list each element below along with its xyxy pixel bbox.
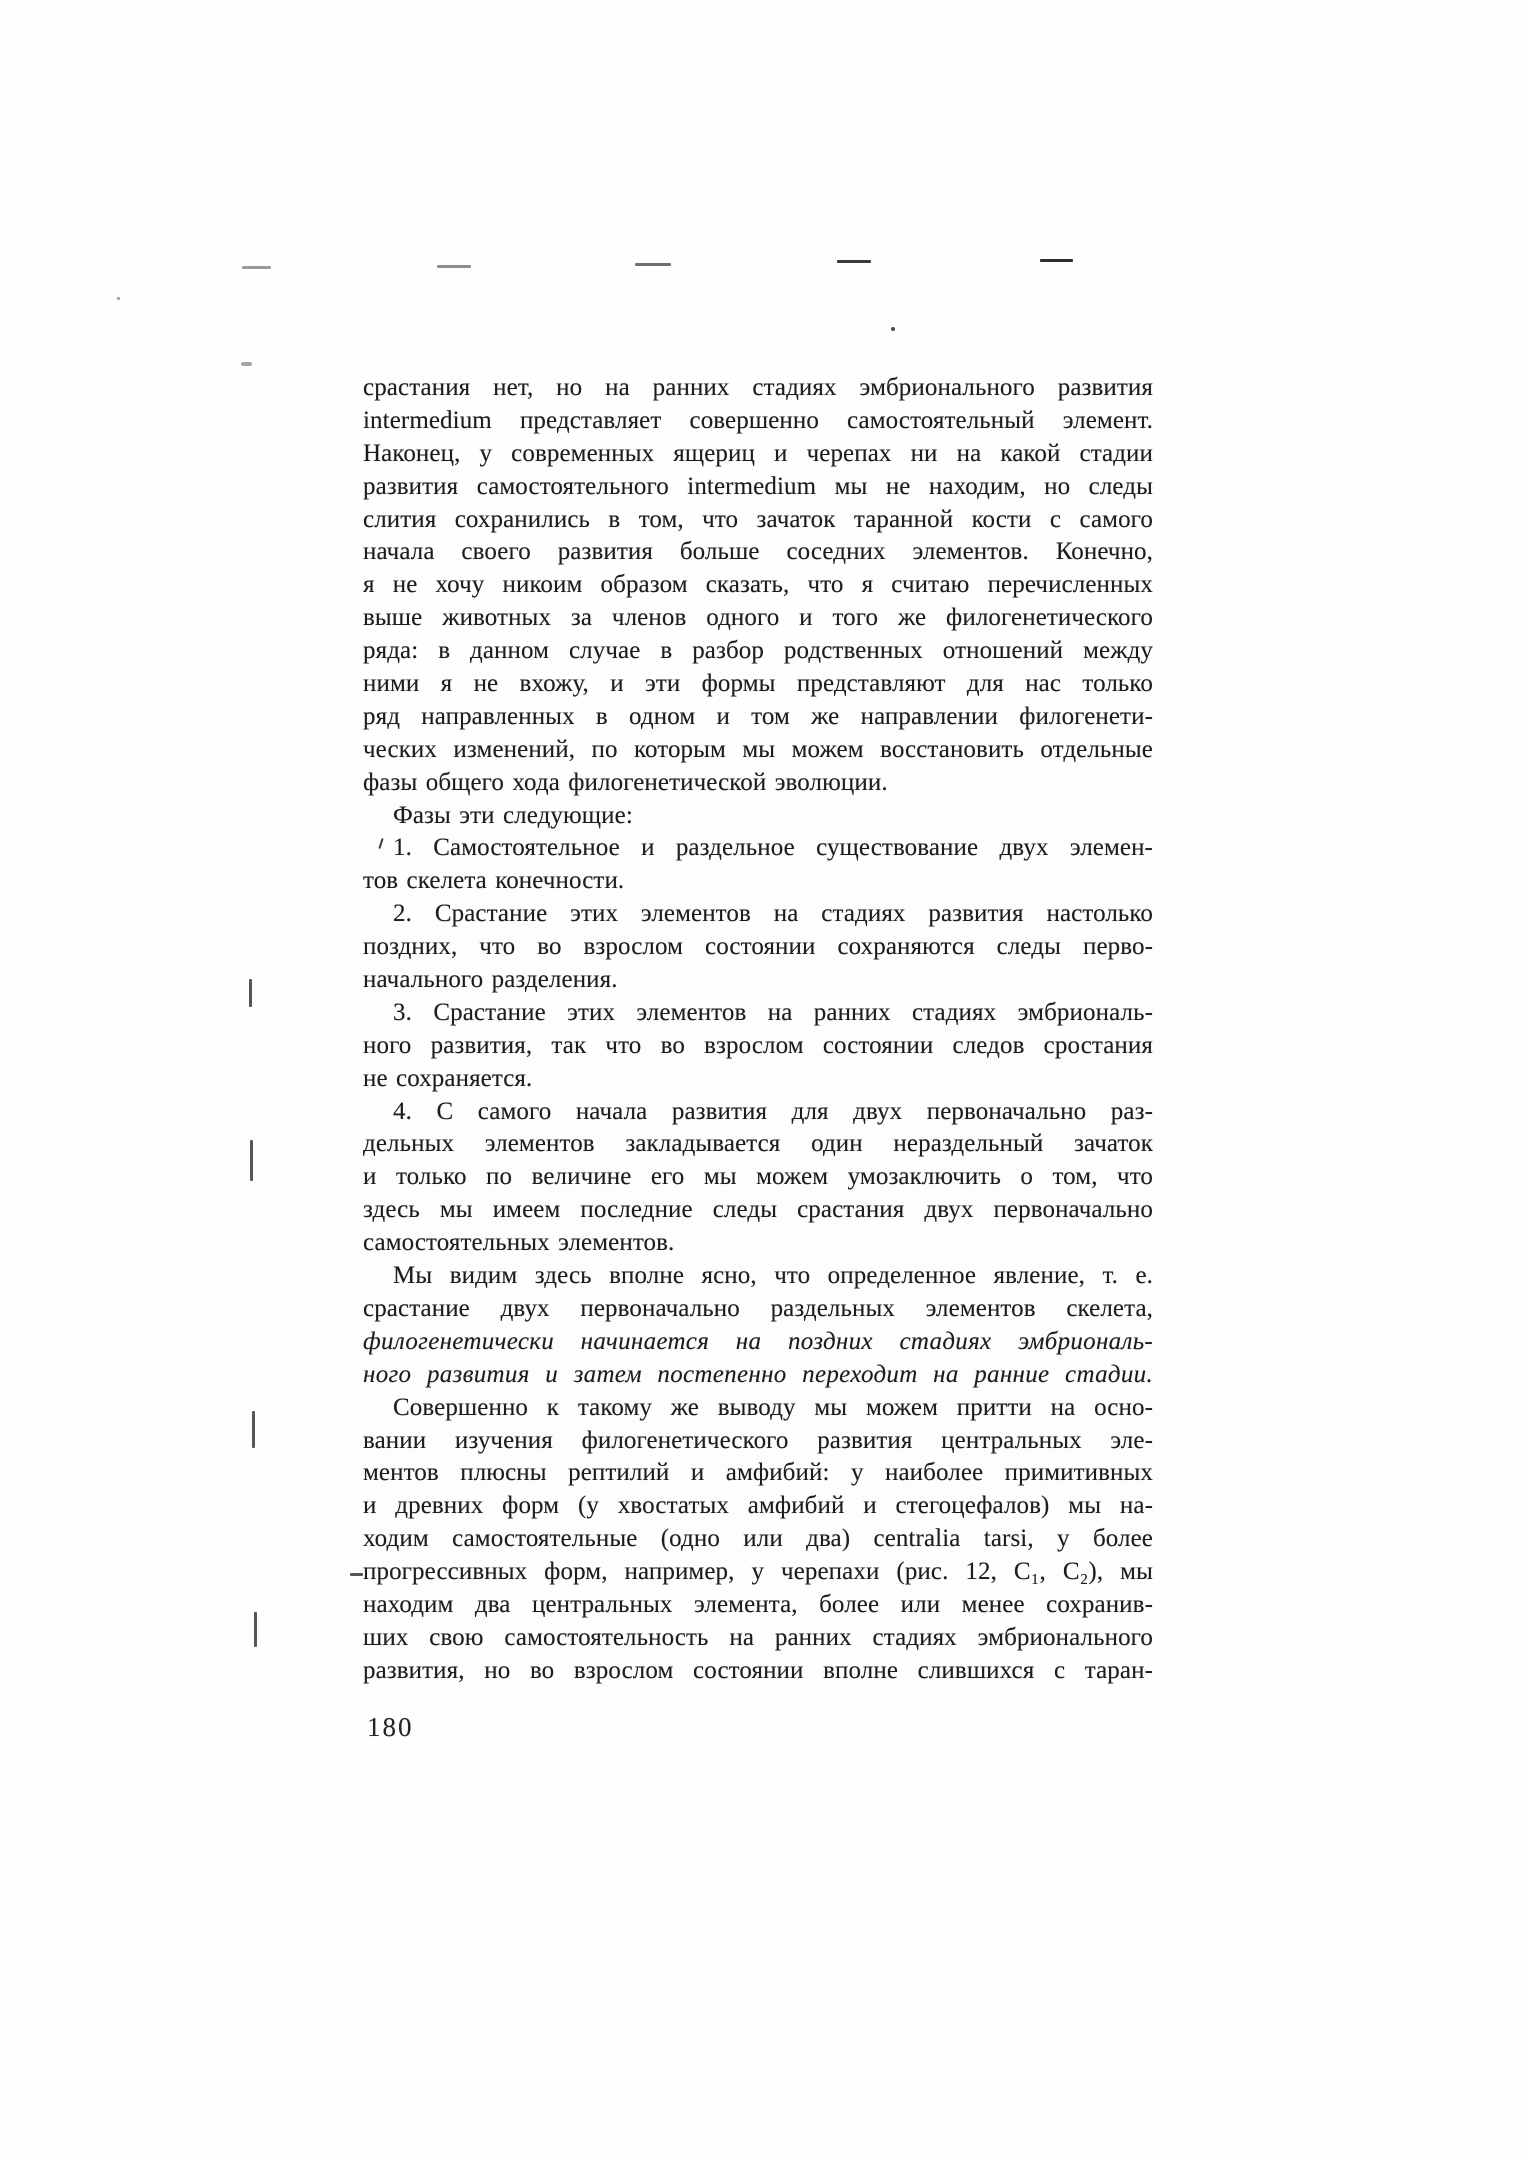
text-line: фазы общего хода филогенетической эволюц… [363, 767, 1153, 800]
text-line: ряда: в данном случае в разбор родственн… [363, 635, 1153, 668]
text-line: ного развития и затем постепенно переход… [363, 1359, 1153, 1392]
text-line: выше животных за членов одного и того же… [363, 602, 1153, 635]
scan-dash-artifact [1040, 259, 1073, 262]
text-line: начального разделения. [363, 964, 1153, 997]
text-line: вании изучения филогенетического развити… [363, 1425, 1153, 1458]
margin-pencil-mark [249, 979, 252, 1007]
text-line: 1. Самостоятельное и раздельное существо… [363, 832, 1153, 865]
scan-dash-artifact [837, 260, 871, 263]
text-line: развития самостоятельного intermedium мы… [363, 471, 1153, 504]
text-line: начала своего развития больше соседних э… [363, 536, 1153, 569]
text-line: intermedium представляет совершенно само… [363, 405, 1153, 438]
ink-smudge-artifact [241, 362, 252, 366]
text-line: дельных элементов закладывается один нер… [363, 1128, 1153, 1161]
text-line: и только по величине его мы можем умозак… [363, 1161, 1153, 1194]
stray-dash-artifact [350, 1573, 363, 1576]
text-line: Фазы эти следующие: [363, 800, 1153, 833]
text-line: ного развития, так что во взрослом состо… [363, 1030, 1153, 1063]
book-page-scan: срастания нет, но на ранних стадиях эмбр… [0, 0, 1527, 2160]
text-line: ряд направленных в одном и том же направ… [363, 701, 1153, 734]
text-line: прогрессивных форм, например, у черепахи… [363, 1556, 1153, 1589]
text-line: и древних форм (у хвостатых амфибий и ст… [363, 1490, 1153, 1523]
text-line: я не хочу никоим образом сказать, что я … [363, 569, 1153, 602]
text-line: слития сохранились в том, что зачаток та… [363, 504, 1153, 537]
text-line: развития, но во взрослом состоянии вполн… [363, 1655, 1153, 1688]
text-line: срастания нет, но на ранних стадиях эмбр… [363, 372, 1153, 405]
text-line: ческих изменений, по которым мы можем во… [363, 734, 1153, 767]
text-line: самостоятельных элементов. [363, 1227, 1153, 1260]
margin-pencil-mark [254, 1612, 257, 1647]
text-line: срастание двух первоначально раздельных … [363, 1293, 1153, 1326]
ink-dot-artifact [117, 297, 120, 300]
text-line: Мы видим здесь вполне ясно, что определе… [363, 1260, 1153, 1293]
scan-dash-artifact [635, 263, 671, 266]
text-line: ментов плюсны рептилий и амфибий: у наиб… [363, 1457, 1153, 1490]
text-line: не сохраняется. [363, 1063, 1153, 1096]
text-line: ходим самостоятельные (одно или два) cen… [363, 1523, 1153, 1556]
page-number: 180 [367, 1712, 414, 1743]
scan-dash-artifact [242, 266, 271, 269]
text-line: 4. С самого начала развития для двух пер… [363, 1096, 1153, 1129]
text-line: ших свою самостоятельность на ранних ста… [363, 1622, 1153, 1655]
page-text: срастания нет, но на ранних стадиях эмбр… [363, 372, 1153, 1688]
text-line: тов скелета конечности. [363, 865, 1153, 898]
text-line: Наконец, у современных ящериц и черепах … [363, 438, 1153, 471]
text-line: поздних, что во взрослом состоянии сохра… [363, 931, 1153, 964]
text-line: филогенетически начинается на поздних ст… [363, 1326, 1153, 1359]
scan-dash-artifact [437, 265, 471, 268]
margin-pencil-mark [252, 1411, 255, 1448]
margin-pencil-mark [250, 1140, 253, 1181]
text-line: здесь мы имеем последние следы срастания… [363, 1194, 1153, 1227]
text-line: ними я не вхожу, и эти формы представляю… [363, 668, 1153, 701]
text-line: 2. Срастание этих элементов на стадиях р… [363, 898, 1153, 931]
ink-dot-artifact [891, 327, 895, 331]
text-line: находим два центральных элемента, более … [363, 1589, 1153, 1622]
text-line: 3. Срастание этих элементов на ранних ст… [363, 997, 1153, 1030]
text-line: Совершенно к такому же выводу мы можем п… [363, 1392, 1153, 1425]
